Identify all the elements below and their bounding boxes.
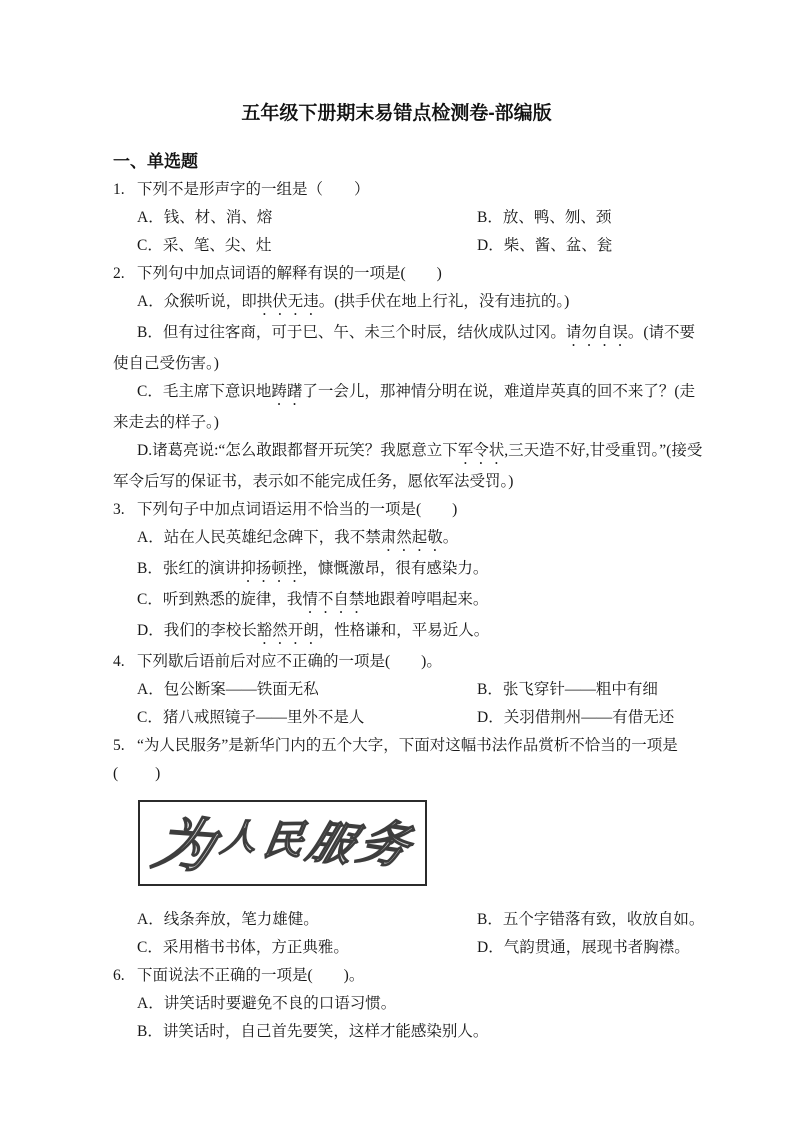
option-b: B．张红的演讲抑扬顿挫，慷慨激昂，很有感染力。 xyxy=(113,555,705,586)
option-row: C．猪八戒照镜子——里外不是人 D．关羽借荆州——有借无还 xyxy=(113,704,705,732)
option-c: C．毛主席下意识地踌躇了一会儿，那神情分明在说，难道岸英真的回不来了？(走来走去… xyxy=(113,378,705,437)
calligraphy-char-wu: 务 xyxy=(352,817,416,872)
question-1: 1.下列不是形声字的一组是（ ） A．钱、材、消、熔 B．放、鸭、刎、颈 C．采… xyxy=(113,176,705,260)
section-header: 一、单选题 xyxy=(113,148,705,176)
question-number: 4. xyxy=(113,648,137,676)
calligraphy-char-min: 民 xyxy=(260,821,306,862)
page-title: 五年级下册期末易错点检测卷-部编版 xyxy=(113,100,680,128)
option-a: A．站在人民英雄纪念碑下，我不禁肃然起敬。 xyxy=(113,524,705,555)
option-b: B．五个字错落有致，收放自如。 xyxy=(453,906,705,934)
question-4: 4.下列歇后语前后对应不正确的一项是( )。 A．包公断案——铁面无私 B．张飞… xyxy=(113,648,705,732)
option-a: A．线条奔放，笔力雄健。 xyxy=(113,906,453,934)
option-d: D．柴、酱、盆、瓮 xyxy=(453,232,705,260)
question-number: 3. xyxy=(113,496,137,524)
option-row: C．采用楷书书体，方正典雅。 D．气韵贯通，展现书者胸襟。 xyxy=(113,934,705,962)
question-stem: 4.下列歇后语前后对应不正确的一项是( )。 xyxy=(113,648,705,676)
question-5: 5.“为人民服务”是新华门内的五个大字，下面对这幅书法作品赏析不恰当的一项是 (… xyxy=(113,732,705,962)
option-b: B．放、鸭、刎、颈 xyxy=(453,204,705,232)
question-number: 2. xyxy=(113,260,137,288)
calligraphy-char-wei: 为 xyxy=(147,815,220,877)
option-d: D．我们的李校长豁然开朗，性格谦和，平易近人。 xyxy=(113,617,705,648)
option-row: A．包公断案——铁面无私 B．张飞穿针——粗中有细 xyxy=(113,676,705,704)
question-stem: 6.下面说法不正确的一项是( )。 xyxy=(113,962,705,990)
question-stem: 2.下列句中加点词语的解释有误的一项是( ) xyxy=(113,260,705,288)
option-d: D．气韵贯通，展现书者胸襟。 xyxy=(453,934,705,962)
option-c: C．采、笔、尖、灶 xyxy=(113,232,453,260)
option-a: A．讲笑话时要避免不良的口语习惯。 xyxy=(113,990,705,1018)
question-number: 5. xyxy=(113,732,137,760)
option-row: A．线条奔放，笔力雄健。 B．五个字错落有致，收放自如。 xyxy=(113,906,705,934)
calligraphy-char-ren: 人 xyxy=(218,819,259,857)
question-3: 3.下列句子中加点词语运用不恰当的一项是( ) A．站在人民英雄纪念碑下，我不禁… xyxy=(113,496,705,648)
question-6: 6.下面说法不正确的一项是( )。 A．讲笑话时要避免不良的口语习惯。 B．讲笑… xyxy=(113,962,705,1046)
option-a: A．钱、材、消、熔 xyxy=(113,204,453,232)
question-stem: 5.“为人民服务”是新华门内的五个大字，下面对这幅书法作品赏析不恰当的一项是 xyxy=(113,732,705,760)
option-d: D.诸葛亮说:“怎么敢跟都督开玩笑？我愿意立下军令状,三天造不好,甘受重罚。”(… xyxy=(113,437,705,496)
option-c: C．采用楷书书体，方正典雅。 xyxy=(113,934,453,962)
question-number: 1. xyxy=(113,176,137,204)
option-c: C．猪八戒照镜子——里外不是人 xyxy=(113,704,453,732)
question-stem: 3.下列句子中加点词语运用不恰当的一项是( ) xyxy=(113,496,705,524)
option-d: D．关羽借荆州——有借无还 xyxy=(453,704,705,732)
option-b: B．但有过往客商，可于巳、午、未三个时辰，结伙成队过冈。请勿自误。(请不要使自己… xyxy=(113,319,705,378)
question-2: 2.下列句中加点词语的解释有误的一项是( ) A．众猴听说，即拱伏无违。(拱手伏… xyxy=(113,260,705,496)
question-stem-continuation: ( ) xyxy=(113,760,705,788)
option-row: C．采、笔、尖、灶 D．柴、酱、盆、瓮 xyxy=(113,232,705,260)
option-row: A．钱、材、消、熔 B．放、鸭、刎、颈 xyxy=(113,204,705,232)
option-b: B．张飞穿针——粗中有细 xyxy=(453,676,705,704)
calligraphy-char-fu: 服 xyxy=(302,818,360,867)
option-c: C．听到熟悉的旋律，我情不自禁地跟着哼唱起来。 xyxy=(113,586,705,617)
option-a: A．包公断案——铁面无私 xyxy=(113,676,453,704)
option-a: A．众猴听说，即拱伏无违。(拱手伏在地上行礼，没有违抗的。) xyxy=(113,288,705,319)
calligraphy-artwork-image: 为 人 民 服 务 xyxy=(138,800,427,886)
test-paper-page: 五年级下册期末易错点检测卷-部编版 一、单选题 1.下列不是形声字的一组是（ ）… xyxy=(0,0,793,1122)
question-number: 6. xyxy=(113,962,137,990)
question-stem: 1.下列不是形声字的一组是（ ） xyxy=(113,176,705,204)
option-b: B．讲笑话时，自己首先要笑，这样才能感染别人。 xyxy=(113,1018,705,1046)
